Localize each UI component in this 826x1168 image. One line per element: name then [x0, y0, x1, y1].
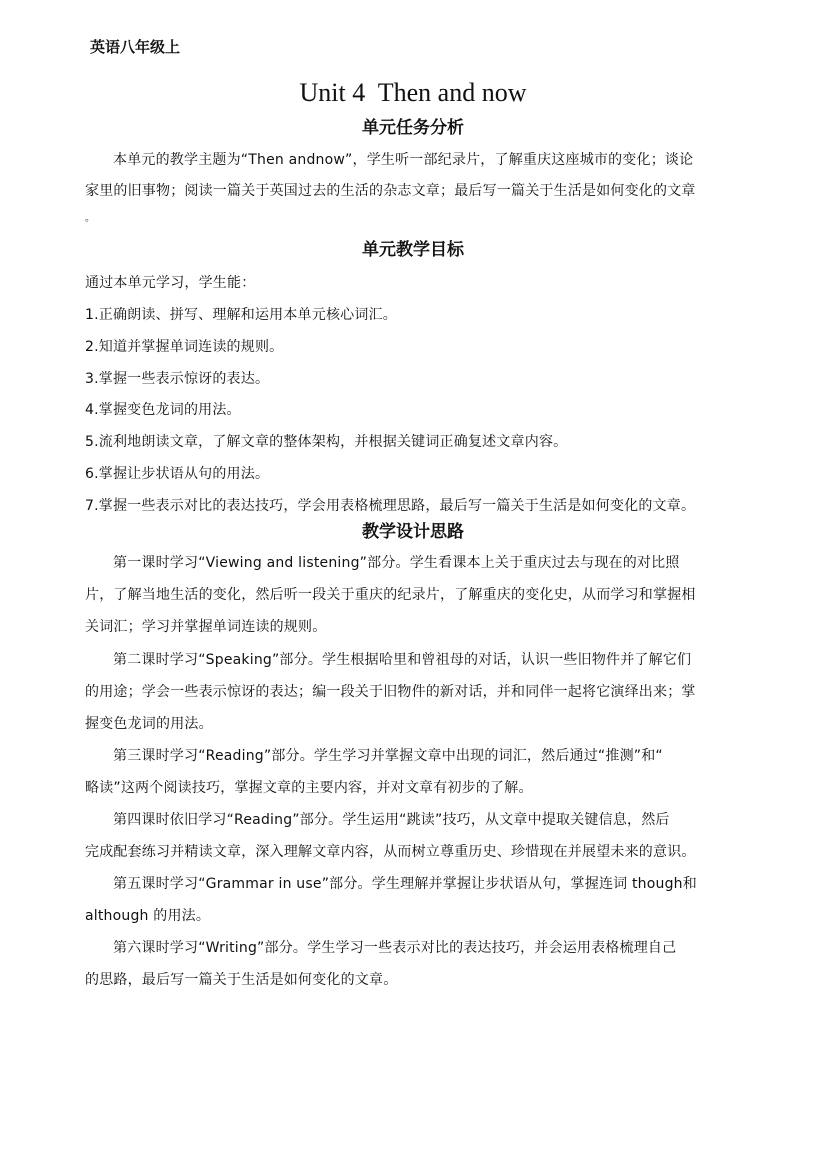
design-line: 片，了解当地生活的变化，然后听一段关于重庆的纪录片，了解重庆的变化史，从而学习和… [85, 584, 696, 604]
objective-item: 1.正确朗读、拼写、理解和运用本单元核心词汇。 [85, 304, 397, 324]
design-line: 略读”这两个阅读技巧，掌握文章的主要内容，并对文章有初步的了解。 [85, 777, 533, 797]
design-line: 的用途；学会一些表示惊讶的表达；编一段关于旧物件的新对话，并和同伴一起将它演绎出… [85, 681, 696, 701]
objective-item: 4.掌握变色龙词的用法。 [85, 399, 241, 419]
design-line: although 的用法。 [85, 905, 210, 925]
objective-item: 3.掌握一些表示惊讶的表达。 [85, 368, 269, 388]
design-line: 第四课时依旧学习“Reading”部分。学生运用“跳读”技巧，从文章中提取关键信… [113, 809, 670, 829]
design-line: 握变色龙词的用法。 [85, 713, 213, 733]
design-line: 第五课时学习“Grammar in use”部分。学生理解并掌握让步状语从句，掌… [113, 873, 697, 893]
unit-title: Unit 4 Then and now [0, 78, 826, 108]
design-line: 第六课时学习“Writing”部分。学生学习一些表示对比的表达技巧，并会运用表格… [113, 937, 676, 957]
task-analysis-line: 家里的旧事物；阅读一篇关于英国过去的生活的杂志文章；最后写一篇关于生活是如何变化… [85, 180, 696, 200]
design-line: 第一课时学习“Viewing and listening”部分。学生看课本上关于… [113, 552, 680, 572]
design-line: 第二课时学习“Speaking”部分。学生根据哈里和曾祖母的对话，认识一些旧物件… [113, 649, 691, 669]
objectives-intro: 通过本单元学习，学生能： [85, 272, 255, 292]
heading-design: 教学设计思路 [0, 517, 826, 542]
design-line: 的思路，最后写一篇关于生活是如何变化的文章。 [85, 969, 397, 989]
heading-objectives: 单元教学目标 [0, 235, 826, 260]
heading-task-analysis: 单元任务分析 [0, 113, 826, 138]
objective-item: 2.知道并掌握单词连读的规则。 [85, 336, 283, 356]
design-line: 关词汇；学习并掌握单词连读的规则。 [85, 616, 326, 636]
design-line: 第三课时学习“Reading”部分。学生学习并掌握文章中出现的词汇，然后通过“推… [113, 745, 663, 765]
grade-header: 英语八年级上 [90, 36, 180, 57]
design-line: 完成配套练习并精读文章，深入理解文章内容，从而树立尊重历史、珍惜现在并展望未来的… [85, 841, 696, 861]
objective-item: 5.流利地朗读文章，了解文章的整体架构，并根据关键词正确复述文章内容。 [85, 431, 567, 451]
task-analysis-line: 本单元的教学主题为“Then andnow”，学生听一部纪录片，了解重庆这座城市… [113, 149, 693, 169]
objective-item: 7.掌握一些表示对比的表达技巧，学会用表格梳理思路，最后写一篇关于生活是如何变化… [85, 495, 695, 515]
unit-title-text: Unit 4 Then and now [300, 78, 527, 108]
task-analysis-line: 。 [85, 209, 95, 224]
objective-item: 6.掌握让步状语从句的用法。 [85, 463, 269, 483]
